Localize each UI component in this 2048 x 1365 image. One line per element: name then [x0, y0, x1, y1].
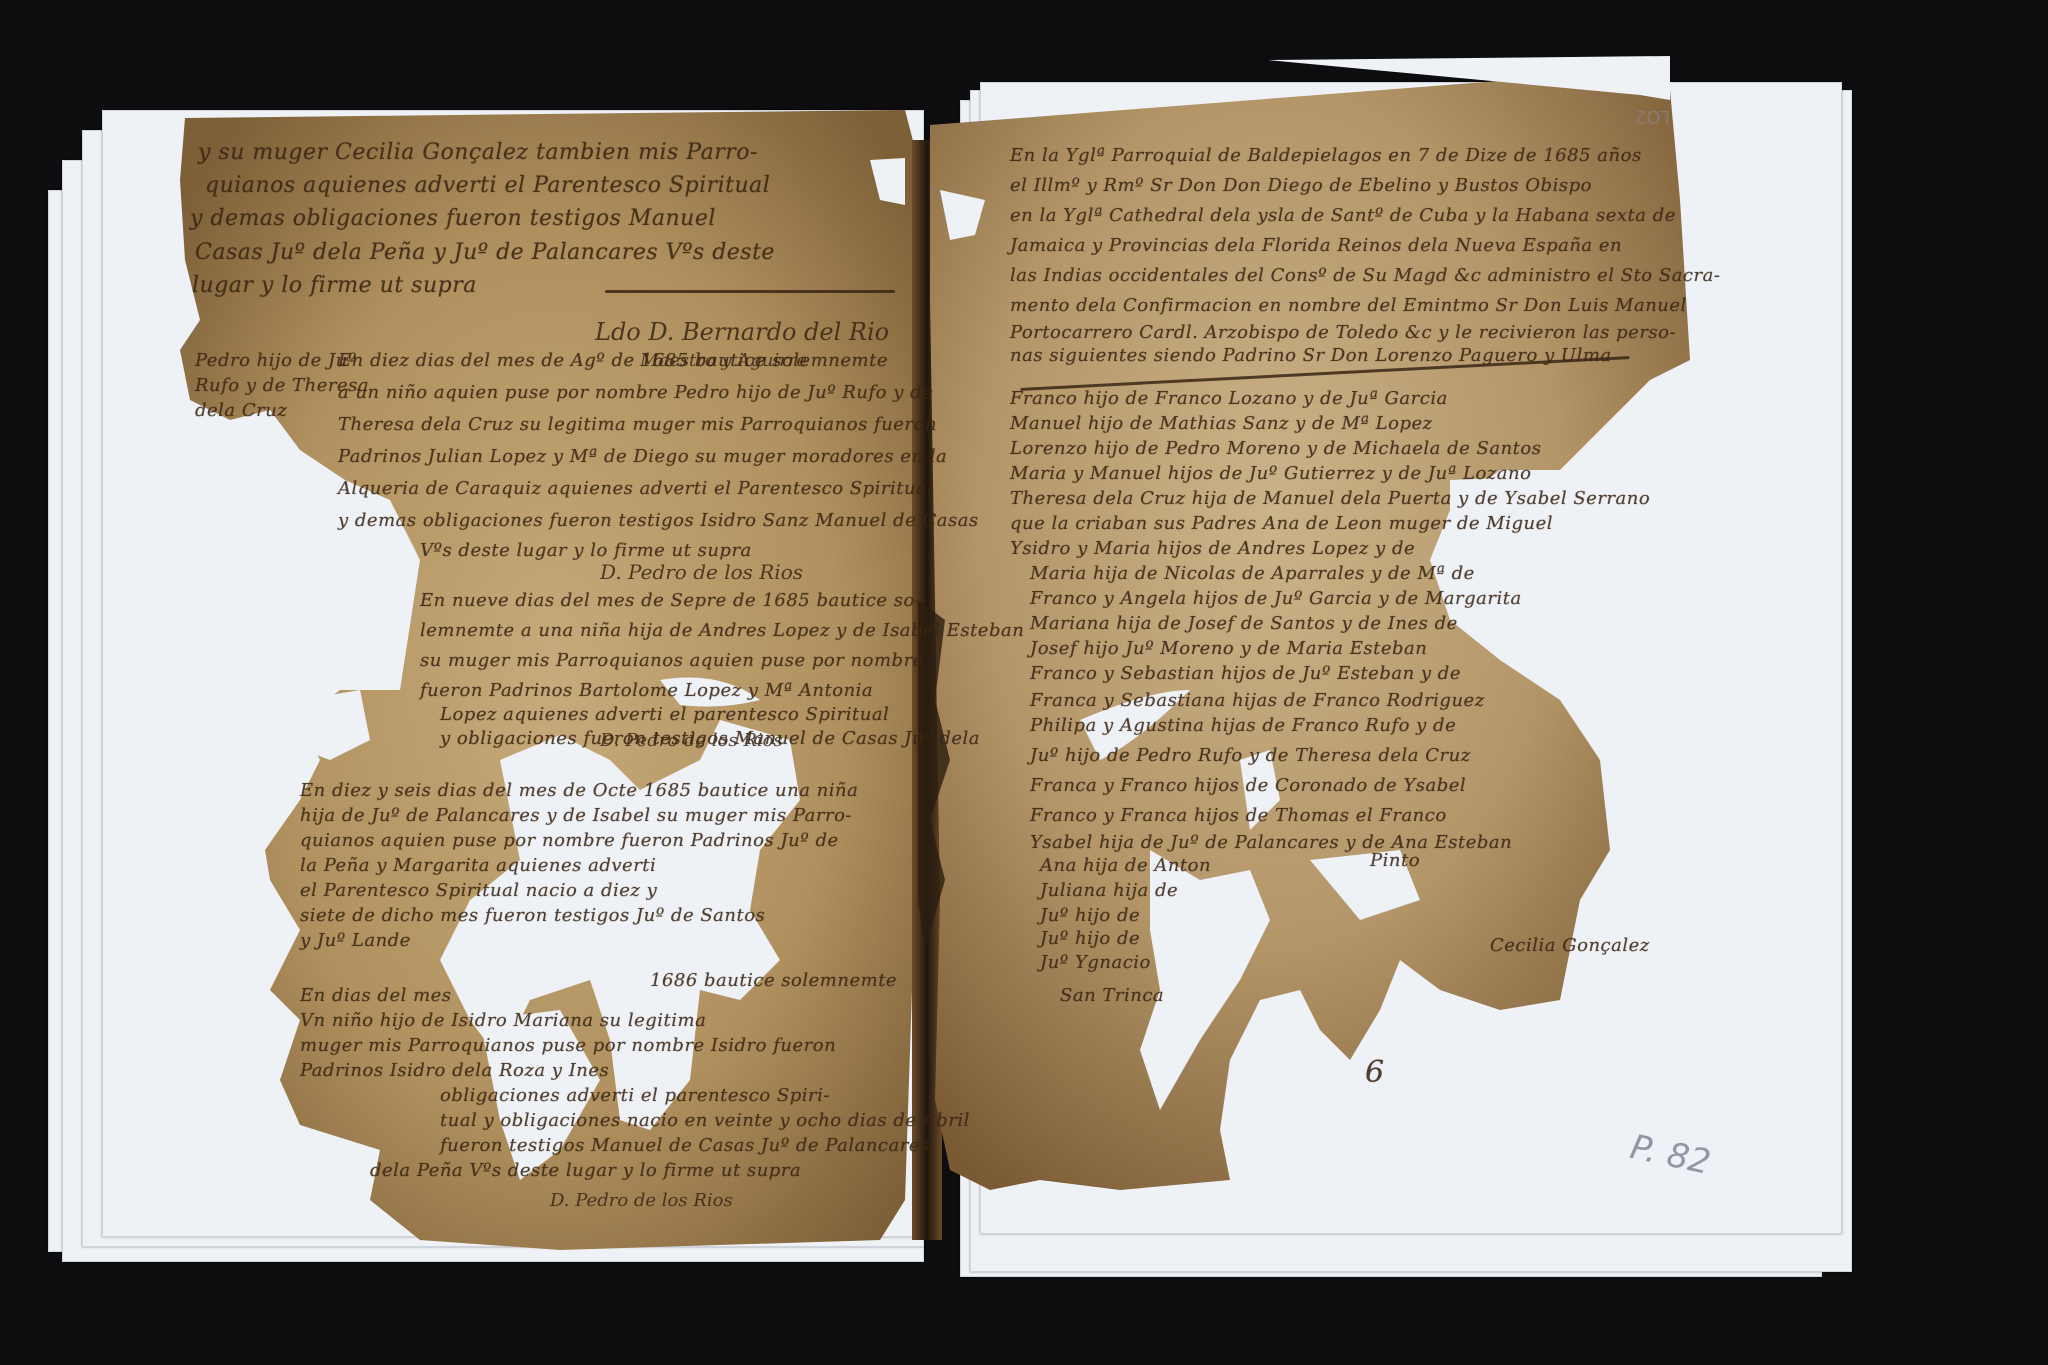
entry2-line-7: Vºs deste lugar y lo firme ut supra: [420, 540, 752, 561]
left-top-line-4: Casas Juº dela Peña y Juº de Palancares …: [195, 240, 775, 265]
left-top-line-2: quianos aquienes adverti el Parentesco S…: [205, 173, 770, 198]
entry4-line-7: y Juº Lande: [300, 930, 411, 951]
entry5-line-5: Padrinos Isidro dela Roza y Ines: [300, 1060, 609, 1081]
confirmed-1: Franco hijo de Franco Lozano y de Juª Ga…: [1010, 388, 1448, 409]
entry3-line-1: En nueve dias del mes de Sepre de 1685 b…: [420, 590, 921, 611]
entry5-line-4: muger mis Parroquianos puse por nombre I…: [300, 1035, 836, 1056]
confirmed-18: Ysabel hija de Juº de Palancares y de An…: [1030, 832, 1512, 853]
fragment-six: 6: [1365, 1055, 1385, 1090]
signature-pedro-1: D. Pedro de los Rios: [600, 560, 803, 584]
entry3-line-2: lemnemte a una niña hija de Andres Lopez…: [420, 620, 1024, 641]
entry2-line-6: y demas obligaciones fueron testigos Isi…: [338, 510, 979, 531]
folio-number: LO2: [1635, 106, 1670, 127]
entry2-line-4: Padrinos Julian Lopez y Mª de Diego su m…: [338, 446, 947, 467]
confirmation-line-7: Portocarrero Cardl. Arzobispo de Toledo …: [1010, 322, 1676, 343]
left-top-line-5: lugar y lo firme ut supra: [192, 273, 477, 298]
fragment-cecilia: Cecilia Gonçalez: [1490, 935, 1650, 956]
confirmed-22: Juº hijo de: [1040, 928, 1140, 949]
entry5-line-3: Vn niño hijo de Isidro Mariana su legiti…: [300, 1010, 706, 1031]
confirmed-14: Philipa y Agustina hijas de Franco Rufo …: [1030, 715, 1456, 736]
signature-pedro-2: D. Pedro de los Rios: [600, 730, 783, 751]
entry2-line-3: Theresa dela Cruz su legitima muger mis …: [338, 414, 937, 435]
confirmed-2: Manuel hijo de Mathias Sanz y de Mª Lope…: [1010, 413, 1433, 434]
confirmed-21: Juº hijo de: [1040, 905, 1140, 926]
entry5-line-6: obligaciones adverti el parentesco Spiri…: [440, 1085, 830, 1106]
signature-bernardo: Ldo D. Bernardo del Rio: [595, 318, 889, 346]
confirmed-15: Juº hijo de Pedro Rufo y de Theresa dela…: [1030, 745, 1471, 766]
confirmed-7: Ysidro y Maria hijos de Andres Lopez y d…: [1010, 538, 1415, 559]
entry5-line-2: 1686 bautice solemnemte: [650, 970, 897, 991]
entry4-line-2: hija de Juº de Palancares y de Isabel su…: [300, 805, 852, 826]
confirmation-line-5: las Indias occidentales del Consº de Su …: [1010, 265, 1720, 286]
confirmed-23: Juº Ygnacio: [1040, 952, 1151, 973]
confirmed-13: Franca y Sebastiana hijas de Franco Rodr…: [1030, 690, 1485, 711]
entry5-line-9: dela Peña Vºs deste lugar y lo firme ut …: [370, 1160, 801, 1181]
entry4-line-4: la Peña y Margarita aquienes adverti: [300, 855, 656, 876]
entry4-line-6: siete de dicho mes fueron testigos Juº d…: [300, 905, 765, 926]
photo-scene: y su muger Cecilia Gonçalez tambien mis …: [0, 0, 2048, 1365]
entry2-line-5: Alqueria de Caraquiz aquienes adverti el…: [338, 478, 934, 499]
entry3-line-5: Lopez aquienes adverti el parentesco Spi…: [440, 704, 889, 725]
confirmed-5: Theresa dela Cruz hija de Manuel dela Pu…: [1010, 488, 1650, 509]
confirmed-8: Maria hija de Nicolas de Aparrales y de …: [1030, 563, 1475, 584]
entry4-line-1: En diez y seis dias del mes de Octe 1685…: [300, 780, 858, 801]
confirmed-10: Mariana hija de Josef de Santos y de Ine…: [1030, 613, 1458, 634]
left-top-line-1: y su muger Cecilia Gonçalez tambien mis …: [198, 140, 758, 165]
confirmed-3: Lorenzo hijo de Pedro Moreno y de Michae…: [1010, 438, 1542, 459]
divider-rule: [605, 290, 895, 293]
confirmed-9: Franco y Angela hijos de Juº Garcia y de…: [1030, 588, 1522, 609]
confirmation-line-2: el Illmº y Rmº Sr Don Don Diego de Ebeli…: [1010, 175, 1592, 196]
left-top-line-3: y demas obligaciones fueron testigos Man…: [190, 206, 716, 231]
margin-note-line-3: dela Cruz: [195, 400, 287, 421]
entry2-line-1: En diez dias del mes de Agº de 1685 baut…: [338, 350, 888, 371]
confirmed-6: que la criaban sus Padres Ana de Leon mu…: [1010, 513, 1553, 534]
confirmed-19: Ana hija de Anton: [1040, 855, 1211, 876]
confirmed-12: Franco y Sebastian hijos de Juº Esteban …: [1030, 663, 1461, 684]
entry4-line-5: el Parentesco Spiritual nacio a diez y: [300, 880, 657, 901]
entry3-line-3: su muger mis Parroquianos aquien puse po…: [420, 650, 924, 671]
confirmation-line-6: mento dela Confirmacion en nombre del Em…: [1010, 295, 1687, 316]
entry4-line-3: quianos aquien puse por nombre fueron Pa…: [300, 830, 839, 851]
confirmed-17: Franco y Franca hijos de Thomas el Franc…: [1030, 805, 1447, 826]
confirmation-line-4: Jamaica y Provincias dela Florida Reinos…: [1010, 235, 1622, 256]
entry3-line-4: fueron Padrinos Bartolome Lopez y Mª Ant…: [420, 680, 873, 701]
confirmation-line-3: en la Yglª Cathedral dela ysla de Santº …: [1010, 205, 1676, 226]
confirmation-line-1: En la Yglª Parroquial de Baldepielagos e…: [1010, 145, 1642, 166]
confirmed-24: San Trinca: [1060, 985, 1164, 1006]
confirmed-11: Josef hijo Juº Moreno y de Maria Esteban: [1030, 638, 1427, 659]
entry5-line-1: En dias del mes: [300, 985, 452, 1006]
margin-note-line-1: Pedro hijo de Juº: [195, 350, 357, 371]
confirmed-16: Franca y Franco hijos de Coronado de Ysa…: [1030, 775, 1466, 796]
entry5-line-8: fueron testigos Manuel de Casas Juº de P…: [440, 1135, 930, 1156]
confirmed-4: Maria y Manuel hijos de Juº Gutierrez y …: [1010, 463, 1531, 484]
confirmed-20: Juliana hija de: [1040, 880, 1178, 901]
entry2-line-2: a un niño aquien puse por nombre Pedro h…: [338, 382, 933, 403]
entry5-line-7: tual y obligaciones nacio en veinte y oc…: [440, 1110, 970, 1131]
fragment-pinto: Pinto: [1370, 850, 1420, 871]
signature-pedro-3: D. Pedro de los Rios: [550, 1190, 733, 1211]
